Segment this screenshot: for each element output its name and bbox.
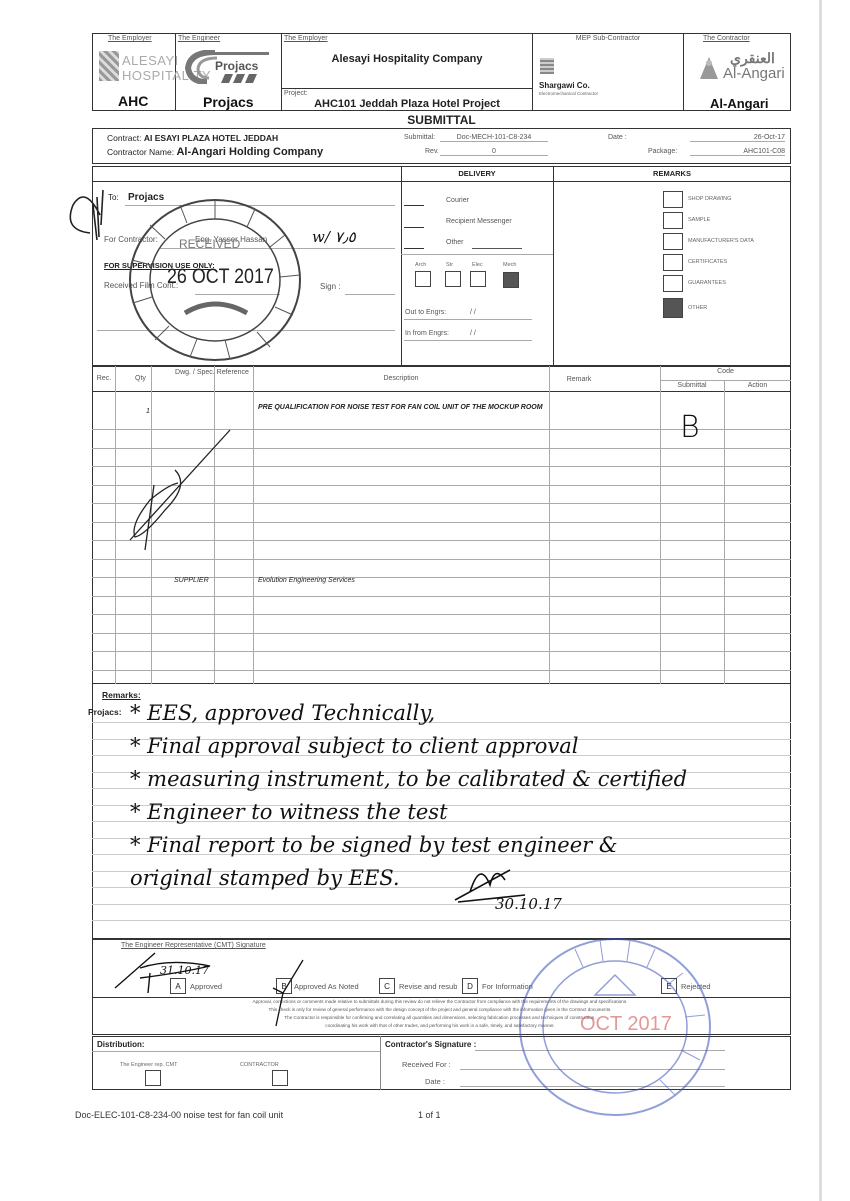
row-description: PRE QUALIFICATION FOR NOISE TEST FOR FAN…	[258, 403, 548, 413]
discipline-label: Str	[446, 262, 453, 268]
footer-doc-name: Doc-ELEC-101-C8-234-00 noise test for fa…	[75, 1110, 283, 1120]
out-to-engrs-value: / /	[470, 309, 476, 316]
svg-text:OCT 2017: OCT 2017	[580, 1013, 672, 1035]
col-remark: Remark	[549, 376, 609, 383]
discipline-mech-checkbox[interactable]	[503, 272, 519, 288]
in-from-engrs-value: / /	[470, 330, 476, 337]
employer2-label: The Employer	[284, 35, 328, 42]
remarks-rule	[92, 920, 791, 921]
col-rec: Rec.	[93, 375, 115, 382]
mep-name: Shargawi Co.	[539, 81, 590, 90]
other-checkbox[interactable]	[663, 298, 683, 318]
out-to-engrs-label: Out to Engrs:	[405, 309, 446, 316]
table-rule	[92, 670, 791, 671]
col-reference: Dwg. / Spec. Reference	[170, 368, 254, 378]
employer-short: AHC	[118, 93, 148, 109]
shop-drawing-label: SHOP DRAWING	[688, 196, 731, 202]
other-label: OTHER	[688, 305, 707, 311]
footer-page-number: 1 of 1	[418, 1110, 441, 1120]
package-value: AHC101-C08	[690, 148, 785, 156]
package-label: Package:	[648, 148, 677, 155]
code-a-checkbox[interactable]: A	[170, 978, 186, 994]
code-a-label: Approved	[190, 982, 222, 991]
engineer-signature-date: 31.10.17	[160, 964, 209, 977]
distribution-contractor-checkbox[interactable]	[272, 1070, 288, 1086]
discipline-elec-checkbox[interactable]	[470, 271, 486, 287]
col-code-submittal: Submittal	[660, 382, 724, 389]
col-code: Code	[660, 368, 791, 375]
table-rule	[92, 651, 791, 652]
discipline-label: Mech	[503, 262, 516, 268]
projacs-logo: Projacs	[185, 50, 270, 84]
table-rule	[92, 614, 791, 615]
delivery-option-courier[interactable]: Courier	[446, 197, 469, 204]
contractor-label: The Contractor	[703, 35, 750, 42]
certificates-checkbox[interactable]	[663, 254, 683, 271]
discipline-label: Arch	[415, 262, 426, 268]
delivery-header: DELIVERY	[401, 169, 553, 178]
alesayi-logo: ALESAYI HOSPITALITY	[97, 47, 171, 87]
alangari-logo-icon	[700, 57, 718, 79]
contractor-short: Al-Angari	[710, 96, 769, 111]
code-d-checkbox[interactable]: D	[462, 978, 478, 994]
discipline-arch-checkbox[interactable]	[415, 271, 431, 287]
remarks-by-label: Projacs:	[88, 707, 122, 717]
in-from-engrs-label: In from Engrs:	[405, 330, 449, 337]
sample-label: SAMPLE	[688, 217, 710, 223]
table-rule	[92, 596, 791, 597]
remarks-rule	[92, 904, 791, 905]
sign-label: Sign :	[320, 282, 340, 291]
manufacturers-data-label: MANUFACTURER'S DATA	[688, 238, 754, 244]
sample-checkbox[interactable]	[663, 212, 683, 229]
manufacturers-data-checkbox[interactable]	[663, 233, 683, 250]
col-code-action: Action	[724, 382, 791, 389]
engineer-short: Projacs	[203, 94, 254, 110]
delivery-option-messenger[interactable]: Recipient Messenger	[446, 218, 512, 225]
mep-label: MEP Sub-Contractor	[533, 35, 683, 42]
distribution-label: Distribution:	[97, 1040, 145, 1049]
discipline-label: Elec	[472, 262, 483, 268]
employer-label: The Employer	[108, 35, 152, 42]
row-reference: SUPPLIER	[174, 577, 209, 584]
page-title: SUBMITTAL	[92, 113, 791, 127]
submittal-label: Submittal:	[404, 134, 435, 141]
employer-name: Alesayi Hospitality Company	[282, 53, 532, 65]
stamp-date: 26 OCT 2017	[167, 265, 274, 289]
guarantees-checkbox[interactable]	[663, 275, 683, 292]
row-qty: 1	[146, 408, 150, 415]
scan-edge	[819, 0, 822, 1201]
contract-field: Contract: AI ESAYI PLAZA HOTEL JEDDAH	[107, 133, 278, 143]
date-label: Date :	[608, 134, 627, 141]
remarks-box-header: REMARKS	[553, 169, 791, 178]
code-c-checkbox[interactable]: C	[379, 978, 395, 994]
contractor-logo-text: Al-Angari	[723, 65, 785, 82]
delivery-option-other[interactable]: Other	[446, 239, 464, 246]
contractor-name-field: Contractor Name: Al-Angari Holding Compa…	[107, 146, 323, 158]
alesayi-pattern-icon	[99, 51, 119, 81]
for-contractor-signature: w/ ٧٫٥	[312, 228, 356, 246]
margin-signature-icon	[55, 185, 115, 245]
discipline-str-checkbox[interactable]	[445, 271, 461, 287]
contractor-signature-label: Contractor's Signature :	[385, 1040, 476, 1049]
submittal-value: Doc-MECH-101-C8-234	[440, 134, 548, 142]
row-description: Evolution Engineering Services	[258, 577, 355, 584]
project-label: Project:	[284, 90, 308, 97]
distribution-recipient: CONTRACTOR	[240, 1062, 279, 1068]
mep-sub: Electromechanical Contractor	[539, 91, 598, 96]
col-description: Description	[253, 375, 549, 382]
table-rule	[92, 633, 791, 634]
blue-received-stamp-icon: OCT 2017	[515, 935, 715, 1120]
received-for-label: Received For :	[402, 1060, 451, 1069]
table-signature-icon	[120, 425, 240, 555]
code-c-label: Revise and resubmit	[399, 982, 457, 991]
col-qty: Qty	[130, 375, 151, 382]
rev-label: Rev.	[425, 148, 439, 155]
certificates-label: CERTIFICATES	[688, 259, 727, 265]
code-b-label: Approved As Noted	[294, 982, 359, 991]
table-rule	[92, 559, 791, 560]
received-stamp: RECEIVED 26 OCT 2017	[125, 195, 305, 365]
remarks-date: 30.10.17	[495, 895, 562, 913]
shop-drawing-checkbox[interactable]	[663, 191, 683, 208]
project-name: AHC101 Jeddah Plaza Hotel Project	[282, 98, 532, 110]
distribution-engineer-checkbox[interactable]	[145, 1070, 161, 1086]
row-submittal-code: B	[680, 410, 700, 445]
shargawi-logo-icon	[540, 58, 554, 74]
rev-value: 0	[440, 148, 548, 156]
guarantees-label: GUARANTEES	[688, 280, 726, 286]
distribution-recipient: The Engineer rep. CMT	[120, 1062, 177, 1068]
date-value: 26-Oct-17	[690, 134, 785, 142]
distribution-date-label: Date :	[425, 1077, 445, 1086]
engineer-label: The Engineer	[178, 35, 220, 42]
svg-text:RECEIVED: RECEIVED	[179, 237, 241, 251]
